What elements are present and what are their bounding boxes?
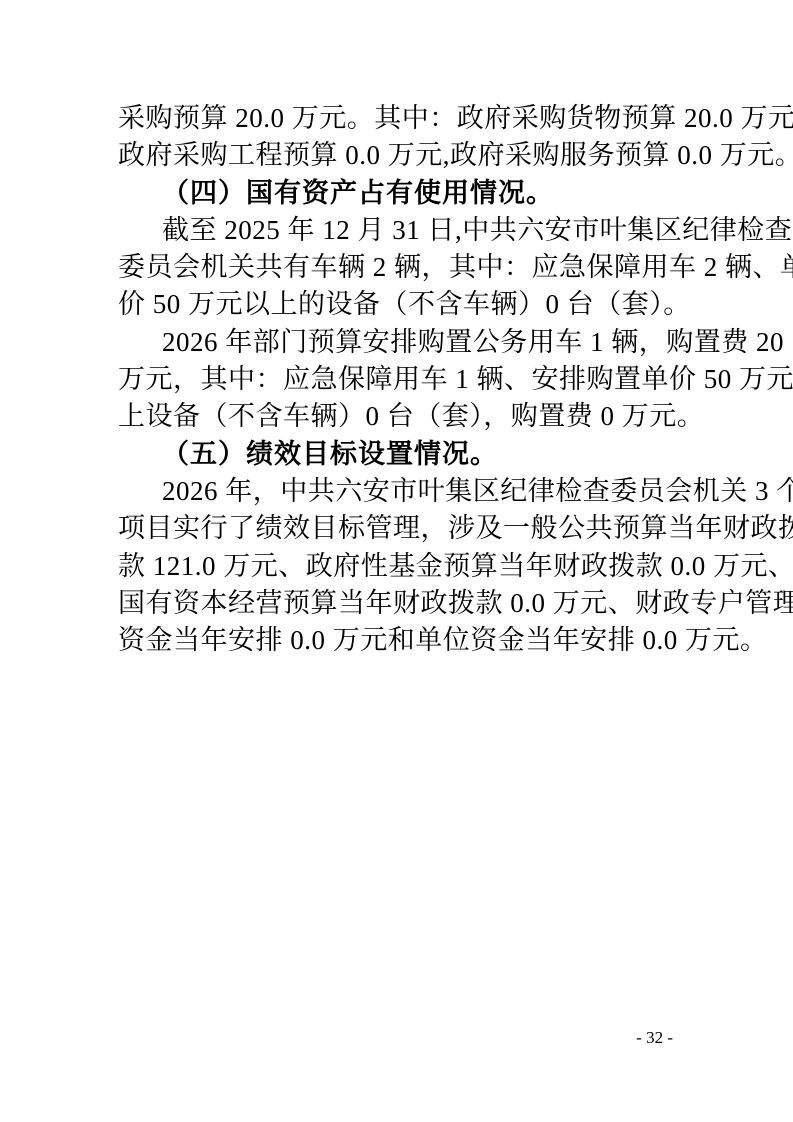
procurement-continuation-line-1: 采购预算 20.0 万元。其中：政府采购货物预算 20.0 万元，	[118, 100, 674, 137]
performance-targets-line-5: 资金当年安排 0.0 万元和单位资金当年安排 0.0 万元。	[118, 622, 674, 659]
procurement-continuation-line-2: 政府采购工程预算 0.0 万元,政府采购服务预算 0.0 万元。	[118, 137, 674, 174]
section-heading-5: （五）绩效目标设置情况。	[118, 436, 674, 473]
state-assets-line-2: 委员会机关共有车辆 2 辆，其中：应急保障用车 2 辆、单	[118, 249, 674, 286]
purchase-plan-line-1: 2026 年部门预算安排购置公务用车 1 辆，购置费 20	[118, 324, 674, 361]
section-heading-4: （四）国有资产占有使用情况。	[118, 175, 674, 212]
page-number: - 32 -	[636, 1028, 673, 1048]
state-assets-line-3: 价 50 万元以上的设备（不含车辆）0 台（套）。	[118, 286, 674, 323]
performance-targets-line-3: 款 121.0 万元、政府性基金预算当年财政拨款 0.0 万元、	[118, 548, 674, 585]
performance-targets-line-2: 项目实行了绩效目标管理，涉及一般公共预算当年财政拨	[118, 510, 674, 547]
document-page: 采购预算 20.0 万元。其中：政府采购货物预算 20.0 万元， 政府采购工程…	[0, 0, 793, 1122]
performance-targets-line-1: 2026 年，中共六安市叶集区纪律检查委员会机关 3 个	[118, 473, 674, 510]
purchase-plan-line-2: 万元，其中：应急保障用车 1 辆、安排购置单价 50 万元以	[118, 361, 674, 398]
performance-targets-line-4: 国有资本经营预算当年财政拨款 0.0 万元、财政专户管理	[118, 585, 674, 622]
purchase-plan-line-3: 上设备（不含车辆）0 台（套），购置费 0 万元。	[118, 398, 674, 435]
state-assets-line-1: 截至 2025 年 12 月 31 日,中共六安市叶集区纪律检查	[118, 212, 674, 249]
document-body: 采购预算 20.0 万元。其中：政府采购货物预算 20.0 万元， 政府采购工程…	[118, 100, 674, 659]
